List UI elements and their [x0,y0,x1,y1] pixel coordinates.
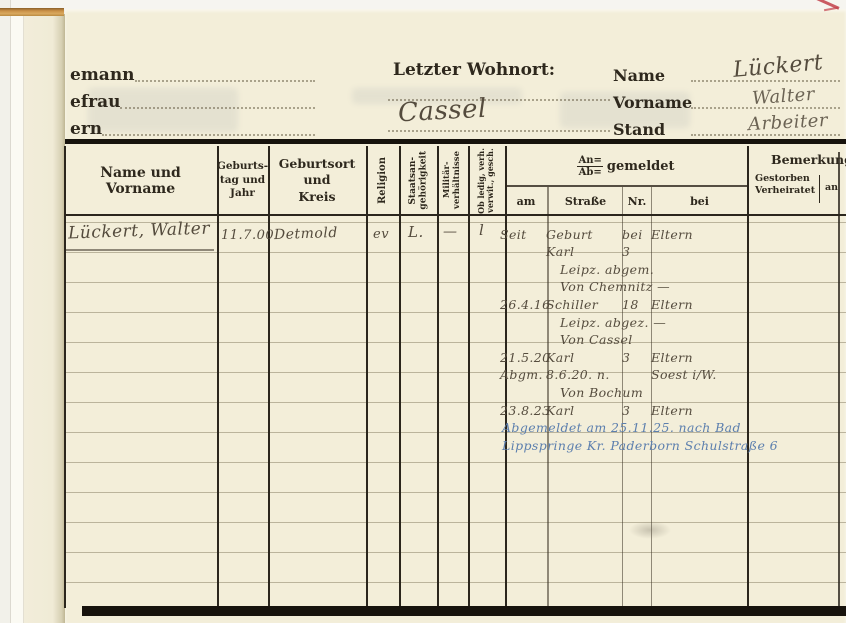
stub-label: ern [70,119,102,139]
movement-strasse-cell: Leipz. abgez. — [546,315,636,330]
movement-am-cell: 21.5.20 [500,350,546,365]
col-header-geburtstag: Geburts- tag und Jahr [219,146,266,215]
movement-nr-cell: 3 [622,350,651,365]
movement-strasse-cell: 8.6.20. n. [546,367,622,382]
an-label: An= [577,155,602,167]
movement-am-cell: 26.4.16 [500,297,546,312]
movement-nr-cell: 18 [622,297,651,312]
col-header-staat-label: Staatsan- gehörigkeit [408,151,429,210]
subcol-header-am: am [505,188,547,214]
movement-line: 23.8.23Karl3Eltern [500,400,800,418]
movement-line: SeitGeburtbeiEltern [500,224,800,242]
movement-line: 26.4.16Schiller18Eltern [500,294,800,312]
vorname-value: Walter [751,84,815,109]
col-header-staatsangehoerigkeit: Staatsan- gehörigkeit [400,146,436,215]
family-stub-block: emann efrau ern [70,58,315,139]
movement-line: Abgm.8.6.20. n.Soest i/W. [500,365,800,383]
movement-bei-cell: Eltern [651,403,800,418]
ab-label: Ab= [577,167,602,178]
movement-strasse-cell: Karl [546,244,622,259]
movement-nr-cell: bei [622,227,651,242]
anab-divider [505,185,747,187]
movement-strasse-cell: Schiller [546,297,622,312]
movement-strasse-cell: Karl [546,403,622,418]
gemeldet-label: gemeldet [607,159,675,174]
underlying-page-edge [11,14,24,623]
field-label: Stand [613,120,691,139]
movement-line: Lippspringe Kr. Paderborn Schulstraße 6 [500,435,800,453]
col-header-familienstand-label: Ob ledig, verh. verwit., gesch. [477,148,495,214]
movement-strasse-cell: Von Bochum [546,385,636,400]
movement-line: Von Bochum [500,382,800,400]
movement-am-cell: Abgm. [500,367,546,382]
col-header-militaerverhaeltnisse: Militär- verhältnisse [438,146,467,215]
movement-line: Leipz. abgem. [500,259,800,277]
dotted-line [120,106,315,109]
wohnort-value: Cassel [397,94,487,129]
col-header-militaer-label: Militär- verhältnisse [443,151,463,209]
field-label: Vorname [613,93,691,112]
bottom-rule [82,606,846,616]
row-religion-value: ev [373,227,389,242]
col-header-geburtsort: Geburtsort und Kreis [270,146,364,215]
subcol-header-nr: Nr. [623,188,651,214]
movement-am-cell: Seit [500,227,546,242]
movement-line: Abgemeldet am 25.11.25. nach Bad [500,418,800,436]
dotted-line [102,133,315,136]
movement-strasse-cell: Geburt [546,227,622,242]
bemerkungen-divider [819,175,820,203]
movement-strasse-cell: Karl [546,350,622,365]
movement-entries: SeitGeburtbeiElternKarl3Leipz. abgem.Von… [500,224,800,453]
col-header-bemerkungen: Bemerkungen Gestorben Verheiratet an [749,148,846,215]
movement-line: Von Chemnitz — [500,277,800,295]
movement-strasse-cell: Von Chemnitz — [546,279,636,294]
row-geburtstag-value: 11.7.00 [221,228,274,243]
header-rule [65,139,846,144]
field-label: Name [613,66,691,85]
an-ab-fraction: An= Ab= [577,155,602,178]
movement-bei-cell: Soest i/W. [651,367,800,382]
dotted-line [388,129,610,132]
dotted-line [135,79,315,82]
stub-row-ehemann: emann [70,58,315,85]
movement-line: 21.5.20Karl3Eltern [500,347,800,365]
stub-label: emann [70,65,135,85]
movement-strasse-cell: Leipz. abgem. [546,262,636,277]
subcol-header-bei: bei [652,188,747,214]
movement-bei-cell: Eltern [651,297,800,312]
movement-bei-cell: Eltern [651,227,800,242]
binding-strip [0,8,64,16]
col-header-familienstand: Ob ledig, verh. verwit., gesch. [469,146,504,215]
row-militaer-value: — [443,224,458,240]
stub-row-ehefrau: efrau [70,85,315,112]
header-bottom-rule [64,214,846,216]
movement-nr-cell: 3 [622,403,651,418]
movement-line: Leipz. abgez. — [500,312,800,330]
col-header-an-ab-gemeldet: An= Ab= gemeldet [507,148,745,184]
stub-row-eltern: ern [70,112,315,139]
row-staat-value: L. [408,223,424,241]
stand-value: Arbeiter [748,110,829,135]
table-vline [838,152,840,608]
stub-label: efrau [70,92,120,112]
movement-nr-cell: 3 [622,244,651,259]
movement-bei-cell: Eltern [651,350,800,365]
row-geburtsort-value: Detmold [274,225,338,243]
col-header-religion-label: Religion [377,157,389,204]
col-header-name: Name und Vorname [66,146,215,215]
underlying-card-edge [24,14,65,623]
book-spine-edge [0,0,11,623]
subcol-header-strasse: Straße [549,188,622,214]
movement-line: Karl3 [500,242,800,260]
row-familienstand-value: l [479,221,484,239]
name-underline [66,249,214,251]
bemerkungen-an-label: an [825,182,838,193]
movement-strasse-cell: Von Cassel [546,332,636,347]
wohnort-label: Letzter Wohnort: [393,60,555,80]
movement-am-cell: 23.8.23 [500,403,546,418]
bemerkungen-title: Bemerkungen [749,148,846,167]
smudge-mark [622,518,678,542]
movement-line: Von Cassel [500,330,800,348]
scanned-registration-card: emann efrau ern Letzter Wohnort: Cassel … [0,0,846,623]
col-header-religion: Religion [367,146,398,215]
